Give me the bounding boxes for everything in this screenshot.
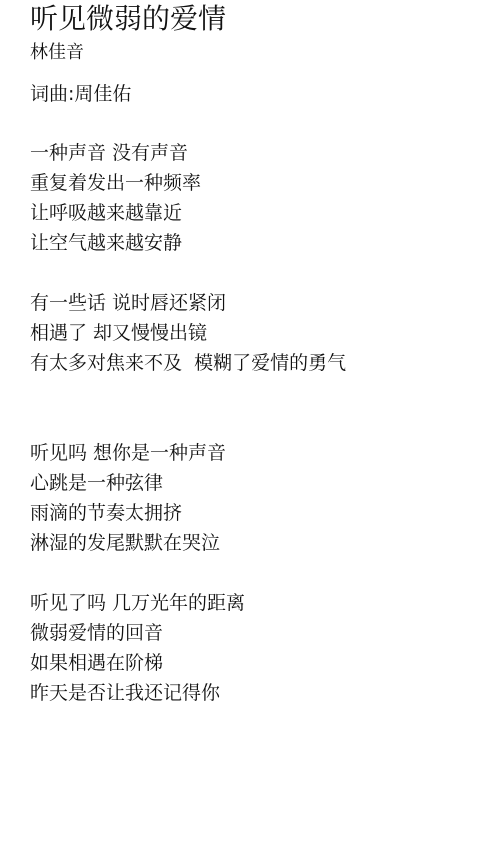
lyrics-body: 一种声音 没有声音 重复着发出一种频率 让呼吸越来越靠近 让空气越来越安静 有一… — [30, 138, 346, 708]
lyric-line: 昨天是否让我还记得你 — [30, 678, 346, 708]
lyric-line: 心跳是一种弦律 — [30, 468, 346, 498]
lyric-line — [30, 558, 346, 588]
lyric-line: 有一些话 说时唇还紧闭 — [30, 288, 346, 318]
lyric-line: 让呼吸越来越靠近 — [30, 198, 346, 228]
song-title: 听见微弱的爱情 — [30, 0, 226, 38]
lyric-line: 有太多对焦来不及 模糊了爱情的勇气 — [30, 348, 346, 378]
lyric-line: 听见了吗 几万光年的距离 — [30, 588, 346, 618]
lyric-line: 雨滴的节奏太拥挤 — [30, 498, 346, 528]
lyric-line: 微弱爱情的回音 — [30, 618, 346, 648]
artist-name: 林佳音 — [30, 40, 84, 66]
lyric-line: 如果相遇在阶梯 — [30, 648, 346, 678]
lyric-line — [30, 258, 346, 288]
lyric-line: 淋湿的发尾默默在哭泣 — [30, 528, 346, 558]
lyric-line: 让空气越来越安静 — [30, 228, 346, 258]
lyric-line: 相遇了 却又慢慢出镜 — [30, 318, 346, 348]
lyric-line: 重复着发出一种频率 — [30, 168, 346, 198]
lyric-line: 一种声音 没有声音 — [30, 138, 346, 168]
lyric-line — [30, 378, 346, 408]
lyric-line: 听见吗 想你是一种声音 — [30, 438, 346, 468]
lyric-line — [30, 408, 346, 438]
credits: 词曲:周佳佑 — [30, 80, 131, 108]
